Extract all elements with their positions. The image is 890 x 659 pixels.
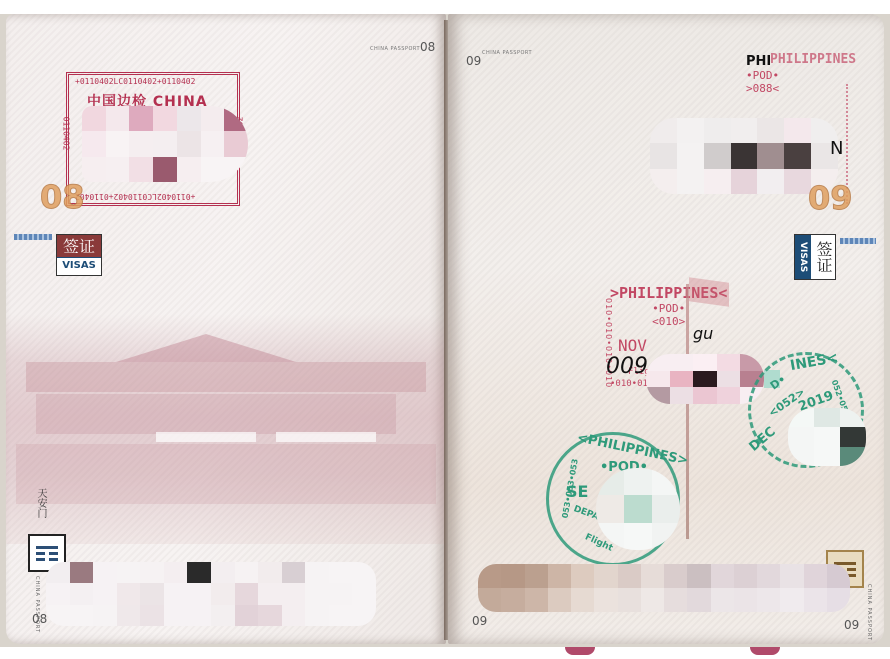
bookmark-tab xyxy=(565,647,595,655)
big-page-number: 08 xyxy=(40,178,85,216)
stamp-line3: >088< xyxy=(746,82,779,95)
stamp-line2: •POD• xyxy=(746,69,779,82)
visa-badge: 签证 VISAS xyxy=(56,234,102,276)
passport-page-left: CHINA PASSPORT 08 +0110402LC0110402+0110… xyxy=(6,14,446,644)
security-stripe xyxy=(840,238,876,244)
redaction-mosaic xyxy=(82,106,248,182)
redaction-mosaic xyxy=(46,562,376,626)
visa-badge-en: VISAS xyxy=(795,235,811,279)
redaction-mosaic xyxy=(788,408,866,466)
security-stripe xyxy=(14,234,52,240)
visa-badge-en: VISAS xyxy=(57,257,101,275)
background-top xyxy=(0,0,890,14)
page-header-label: CHINA PASSPORT xyxy=(482,50,532,56)
handwritten-suffix: N xyxy=(830,138,843,159)
redaction-mosaic xyxy=(478,564,850,612)
visa-badge-cn: 签证 xyxy=(811,235,835,279)
bookmark-tab xyxy=(750,647,780,655)
handwritten-date: 009 xyxy=(606,354,648,379)
handwritten-initials: gu xyxy=(693,324,713,343)
page-number-bottom-left: 09 xyxy=(472,614,487,628)
stamp-border-code-top: +0110402LC0110402+0110402 xyxy=(75,77,195,86)
gate-roof-lower xyxy=(26,362,426,392)
tiananmen-illustration xyxy=(6,314,446,544)
page-header-label: CHINA PASSPORT xyxy=(370,46,420,52)
gate-banner-left xyxy=(156,432,256,442)
redaction-mosaic xyxy=(596,468,680,550)
big-page-number: 09 xyxy=(808,179,853,217)
page-footer-label: CHINA PASSPORT xyxy=(866,584,872,641)
gate-base xyxy=(16,444,436,504)
visa-badge-cn: 签证 xyxy=(57,235,101,258)
stamp-border-code-side: 0110402 xyxy=(61,117,70,151)
gate-roof-upper xyxy=(116,334,296,362)
gate-banner-right xyxy=(276,432,376,442)
page-number-bottom: 08 xyxy=(32,612,47,626)
stamp-border-code-bottom: +0110402LC0110402+0110402 xyxy=(75,192,195,201)
gate-wall xyxy=(36,394,396,434)
handwritten-overlay: PHI xyxy=(746,54,771,69)
page-number-top: 08 xyxy=(420,40,435,54)
visa-badge: VISAS 签证 xyxy=(794,234,836,280)
flagpole-illustration xyxy=(686,284,689,539)
redaction-mosaic xyxy=(646,354,764,404)
page-number-bottom: 09 xyxy=(844,618,859,632)
landmark-caption: 天安门 xyxy=(34,488,46,518)
passport-page-right: 09 CHINA PASSPORT PHI •POD• >088< PHILIP… xyxy=(448,14,884,644)
stamp-country: PHILIPPINES xyxy=(770,52,856,67)
page-number-top: 09 xyxy=(466,54,481,68)
